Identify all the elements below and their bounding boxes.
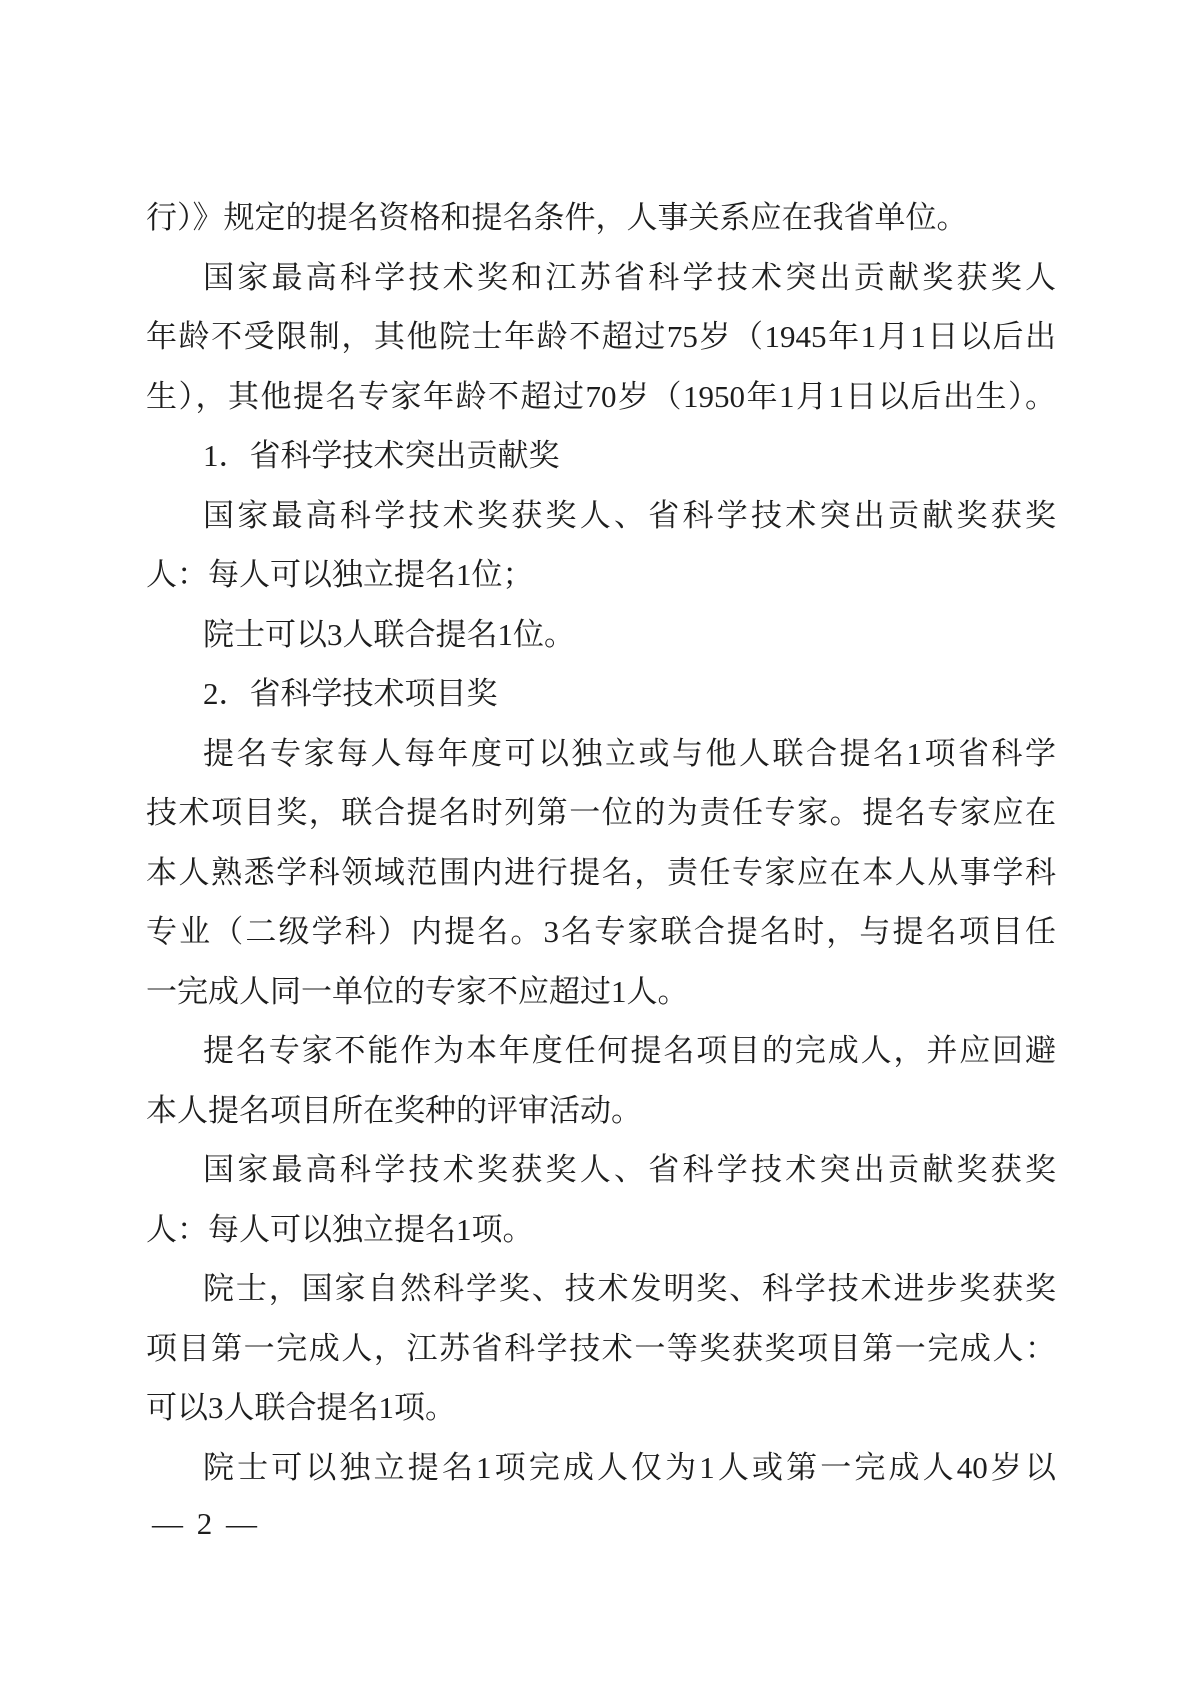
text-line: 专业（二级学科）内提名。3名专家联合提名时，与提名项目任	[146, 902, 1056, 962]
text-line: 项目第一完成人，江苏省科学技术一等奖获奖项目第一完成人：	[146, 1319, 1056, 1379]
text-line: 院士可以独立提名1项完成人仅为1人或第一完成人40岁以	[146, 1438, 1056, 1498]
text-line: 本人熟悉学科领域范围内进行提名，责任专家应在本人从事学科	[146, 843, 1056, 903]
document-page: 行）》规定的提名资格和提名条件，人事关系应在我省单位。 国家最高科学技术奖和江苏…	[0, 0, 1199, 1696]
text-line: 本人提名项目所在奖种的评审活动。	[146, 1081, 1056, 1141]
text-line: 院士可以3人联合提名1位。	[146, 605, 1056, 665]
text-line: 生），其他提名专家年龄不超过70岁（1950年1月1日以后出生）。	[146, 367, 1056, 427]
text-line: 可以3人联合提名1项。	[146, 1378, 1056, 1438]
text-line: 人：每人可以独立提名1位；	[146, 545, 1056, 605]
text-line: 国家最高科学技术奖获奖人、省科学技术突出贡献奖获奖	[146, 1140, 1056, 1200]
page-number: — 2 —	[152, 1506, 260, 1542]
text-line: 院士，国家自然科学奖、技术发明奖、科学技术进步奖获奖	[146, 1259, 1056, 1319]
text-line: 行）》规定的提名资格和提名条件，人事关系应在我省单位。	[146, 188, 1056, 248]
text-line: 一完成人同一单位的专家不应超过1人。	[146, 962, 1056, 1022]
text-line-heading: 1．省科学技术突出贡献奖	[146, 426, 1056, 486]
text-line: 技术项目奖，联合提名时列第一位的为责任专家。提名专家应在	[146, 783, 1056, 843]
text-line: 提名专家不能作为本年度任何提名项目的完成人，并应回避	[146, 1021, 1056, 1081]
text-line: 人：每人可以独立提名1项。	[146, 1200, 1056, 1260]
text-line: 国家最高科学技术奖获奖人、省科学技术突出贡献奖获奖	[146, 486, 1056, 546]
text-line-heading: 2．省科学技术项目奖	[146, 664, 1056, 724]
text-line: 国家最高科学技术奖和江苏省科学技术突出贡献奖获奖人	[146, 248, 1056, 308]
document-body: 行）》规定的提名资格和提名条件，人事关系应在我省单位。 国家最高科学技术奖和江苏…	[146, 188, 1056, 1497]
text-line: 年龄不受限制，其他院士年龄不超过75岁（1945年1月1日以后出	[146, 307, 1056, 367]
text-line: 提名专家每人每年度可以独立或与他人联合提名1项省科学	[146, 724, 1056, 784]
